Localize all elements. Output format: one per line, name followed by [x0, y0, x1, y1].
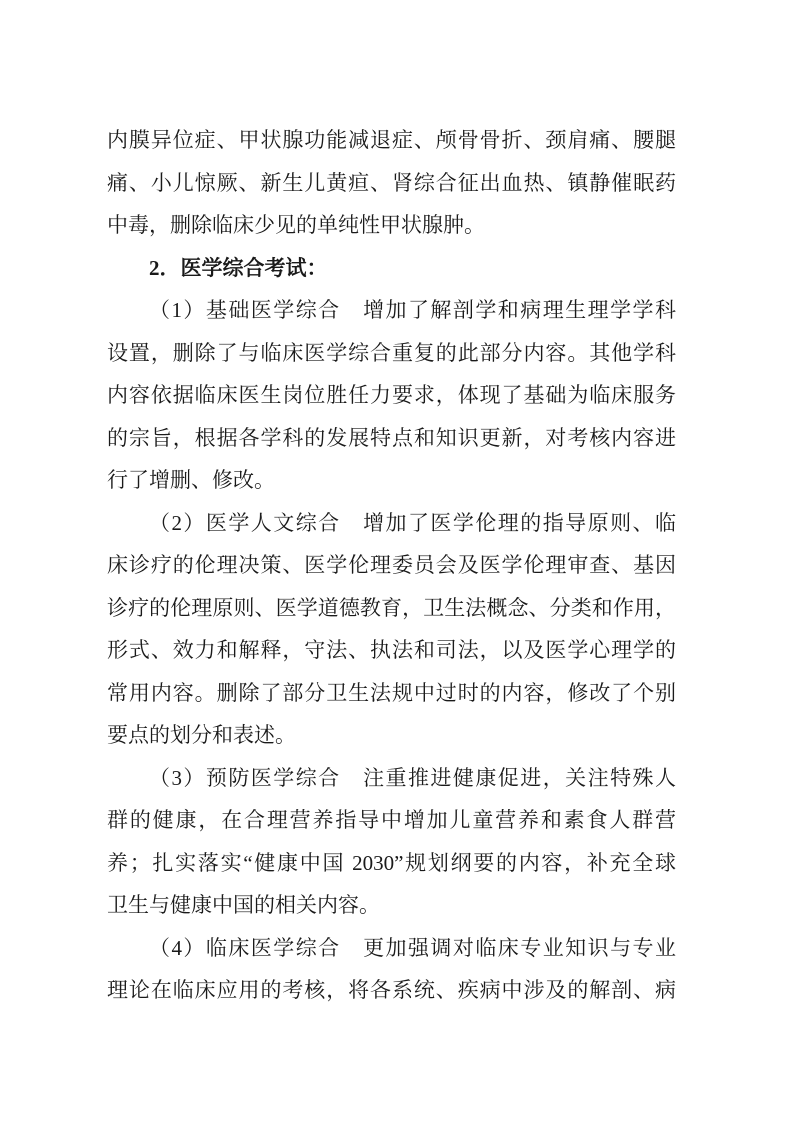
- para-clinical-medicine-comprehensive: （4）临床医学综合 更加强调对临床专业知识与专业理论在临床应用的考核，将各系统、…: [107, 927, 676, 1012]
- text-line: 中毒，删除临床少见的单纯性甲状腺肿。: [107, 204, 676, 247]
- text-line: 要点的划分和表述。: [107, 714, 676, 757]
- text-line: （4）临床医学综合 更加强调对临床专业知识与专业: [107, 927, 676, 970]
- text-line: 群的健康，在合理营养指导中增加儿童营养和素食人群营: [107, 799, 676, 842]
- text-line: 痛、小儿惊厥、新生儿黄疸、肾综合征出血热、镇静催眠药: [107, 162, 676, 205]
- text-line: 行了增删、修改。: [107, 459, 676, 502]
- text-line: 诊疗的伦理原则、医学道德教育，卫生法概念、分类和作用，: [107, 587, 676, 630]
- document-body: 内膜异位症、甲状腺功能减退症、颅骨骨折、颈肩痛、腰腿痛、小儿惊厥、新生儿黄疸、肾…: [107, 119, 676, 1012]
- para-deleted-diseases-continuation: 内膜异位症、甲状腺功能减退症、颅骨骨折、颈肩痛、腰腿痛、小儿惊厥、新生儿黄疸、肾…: [107, 119, 676, 247]
- text-line: （2）医学人文综合 增加了医学伦理的指导原则、临: [107, 502, 676, 545]
- text-line: 理论在临床应用的考核，将各系统、疾病中涉及的解剖、病: [107, 969, 676, 1012]
- text-line: （1）基础医学综合 增加了解剖学和病理生理学学科: [107, 289, 676, 332]
- heading-medical-comprehensive-exam: 2．医学综合考试：: [107, 247, 676, 290]
- text-line: 内容依据临床医生岗位胜任力要求，体现了基础为临床服务: [107, 374, 676, 417]
- para-preventive-medicine-comprehensive: （3）预防医学综合 注重推进健康促进，关注特殊人群的健康，在合理营养指导中增加儿…: [107, 757, 676, 927]
- text-line: 内膜异位症、甲状腺功能减退症、颅骨骨折、颈肩痛、腰腿: [107, 119, 676, 162]
- para-basic-medical-comprehensive: （1）基础医学综合 增加了解剖学和病理生理学学科设置，删除了与临床医学综合重复的…: [107, 289, 676, 502]
- text-line: 形式、效力和解释，守法、执法和司法，以及医学心理学的: [107, 629, 676, 672]
- text-line: 2．医学综合考试：: [107, 247, 676, 290]
- document-page: 内膜异位症、甲状腺功能减退症、颅骨骨折、颈肩痛、腰腿痛、小儿惊厥、新生儿黄疸、肾…: [0, 0, 793, 1122]
- para-medical-humanities-comprehensive: （2）医学人文综合 增加了医学伦理的指导原则、临床诊疗的伦理决策、医学伦理委员会…: [107, 502, 676, 757]
- text-line: 常用内容。删除了部分卫生法规中过时的内容，修改了个别: [107, 672, 676, 715]
- text-line: 养；扎实落实“健康中国 2030”规划纲要的内容，补充全球: [107, 842, 676, 885]
- text-line: 的宗旨，根据各学科的发展特点和知识更新，对考核内容进: [107, 417, 676, 460]
- text-line: （3）预防医学综合 注重推进健康促进，关注特殊人: [107, 757, 676, 800]
- text-line: 床诊疗的伦理决策、医学伦理委员会及医学伦理审查、基因: [107, 544, 676, 587]
- text-line: 设置，删除了与临床医学综合重复的此部分内容。其他学科: [107, 332, 676, 375]
- text-line: 卫生与健康中国的相关内容。: [107, 884, 676, 927]
